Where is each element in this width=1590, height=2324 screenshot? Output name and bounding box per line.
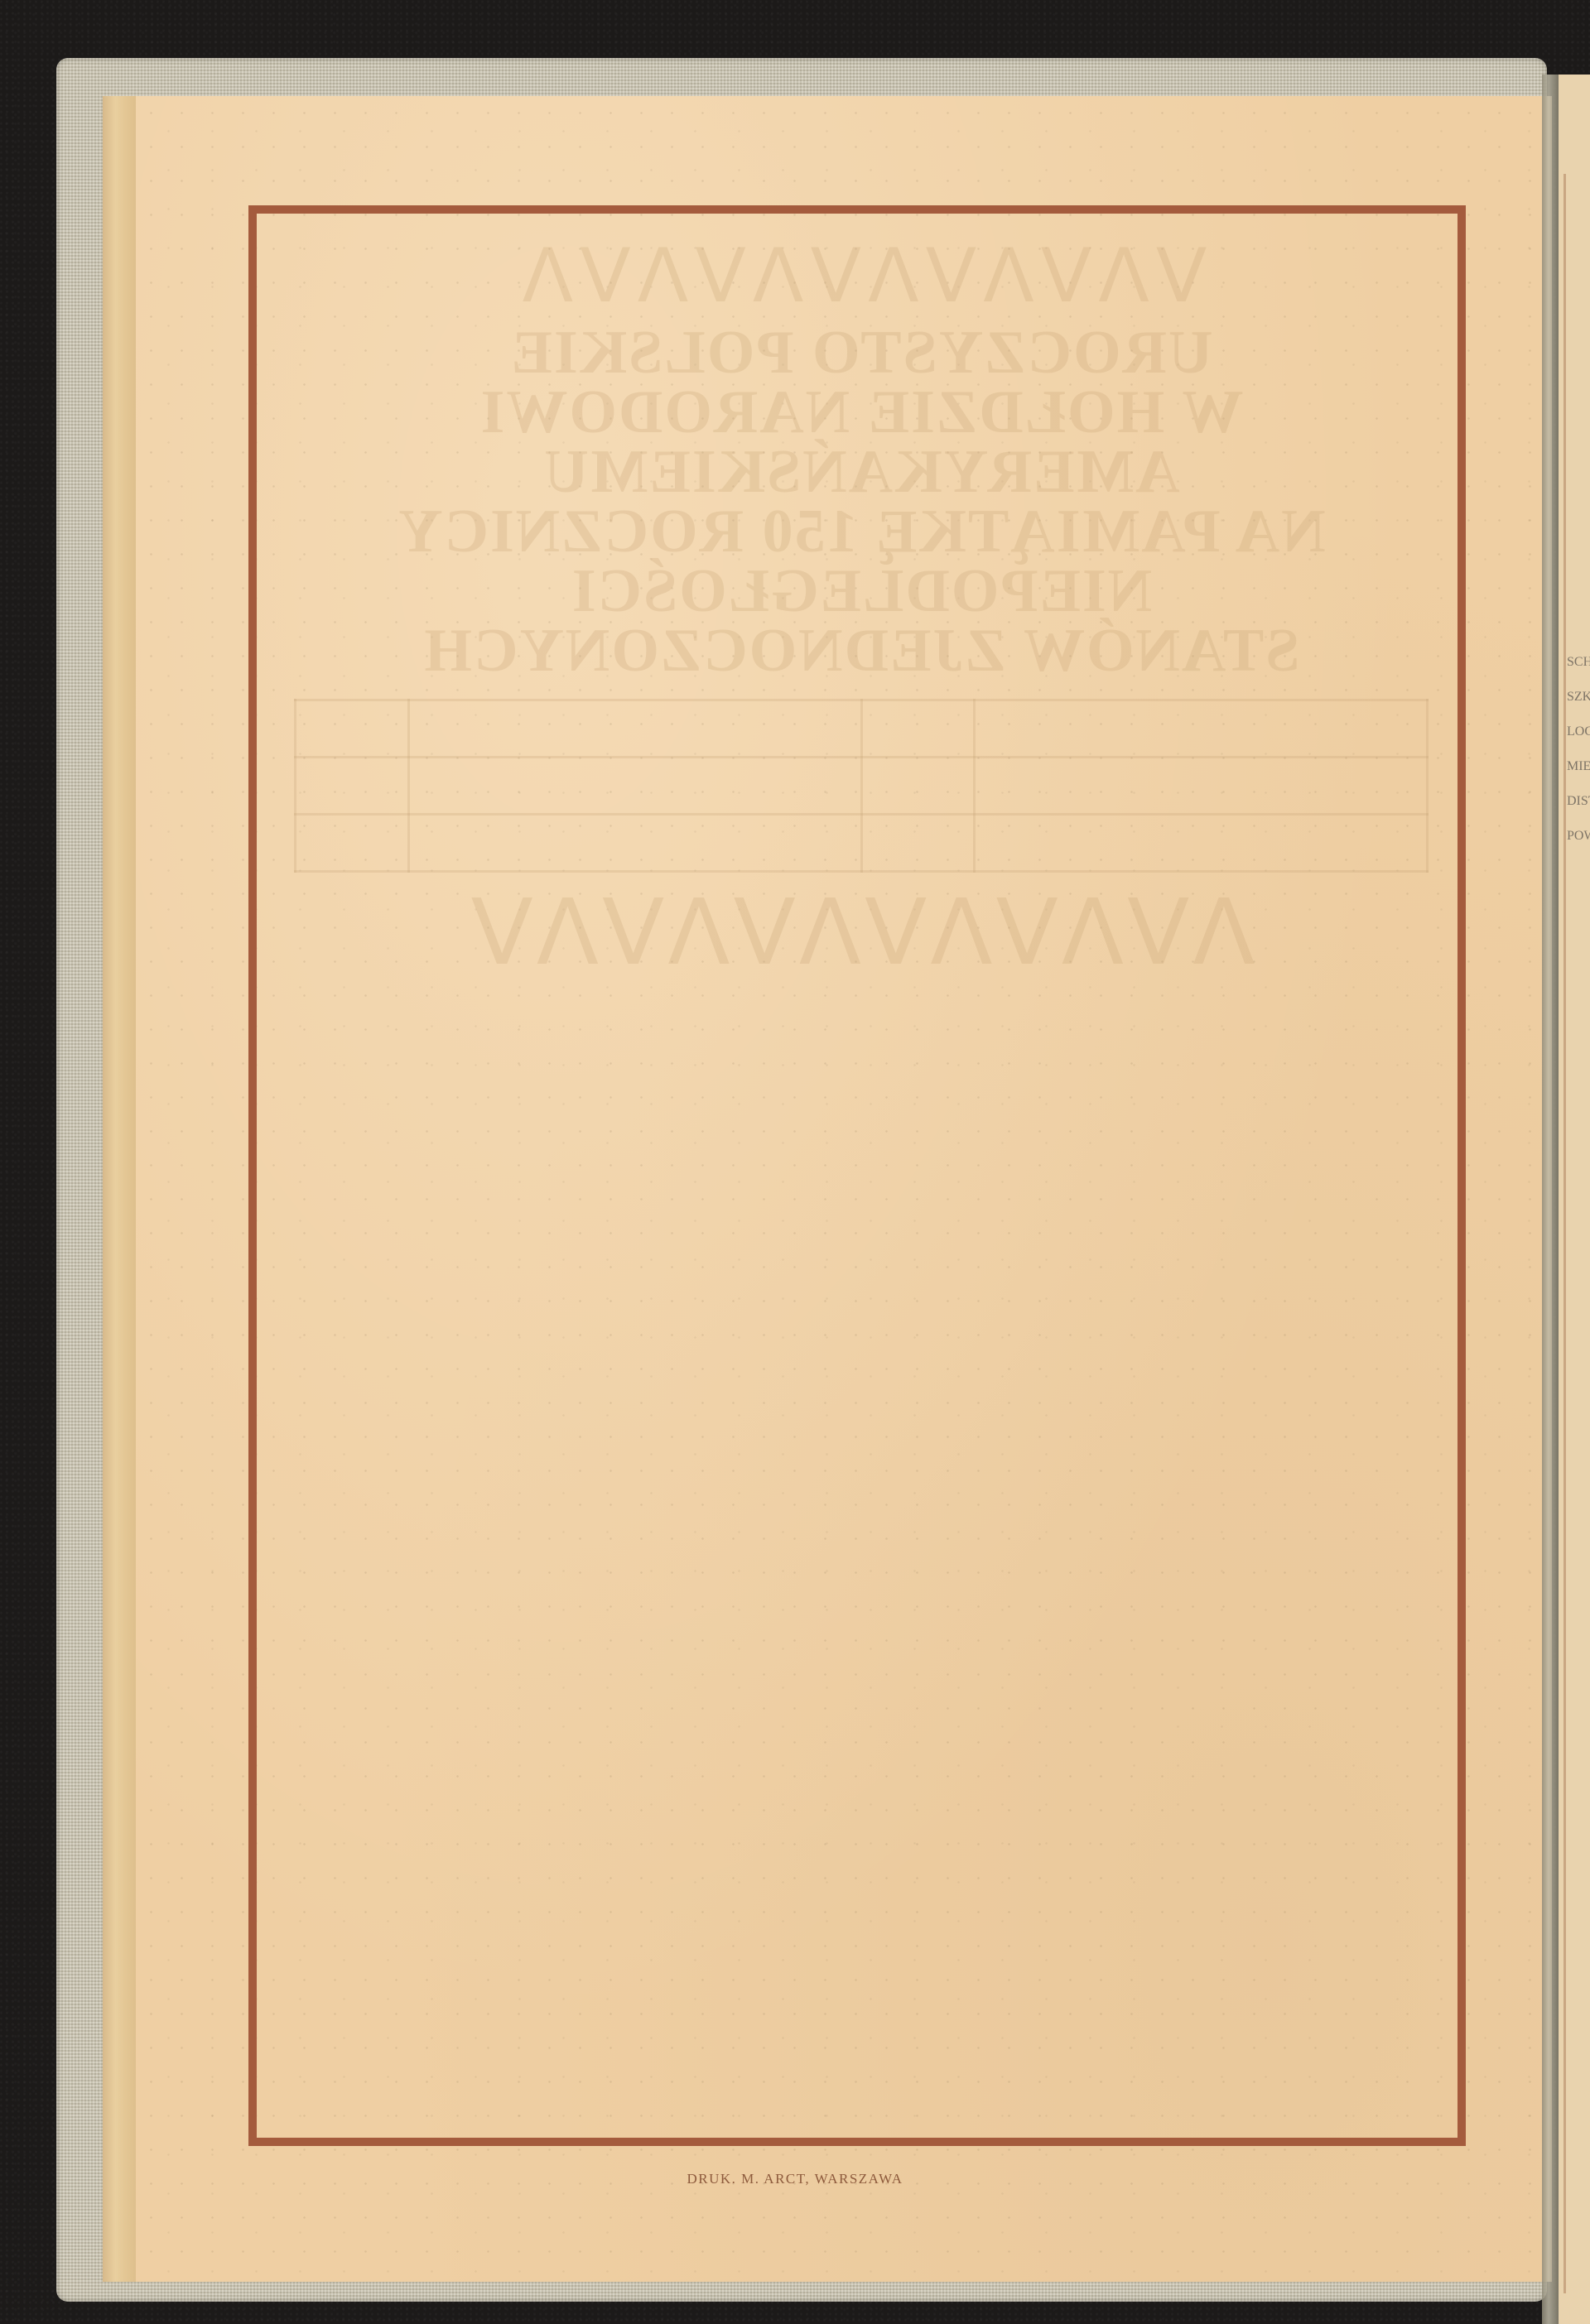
book-gutter: [1542, 75, 1559, 2324]
facing-label: MIEJ: [1567, 758, 1590, 775]
page-edges: [103, 96, 139, 2282]
facing-page-labels: SCHO SZKO LOGA MIEJ DISTR POW: [1567, 654, 1590, 863]
facing-label: DISTR: [1567, 793, 1590, 810]
facing-label: SCHO: [1567, 654, 1590, 671]
facing-label: SZKO: [1567, 689, 1590, 705]
printer-imprint: DRUK. M. ARCT, WARSZAWA: [0, 2171, 1590, 2187]
facing-label: LOGA: [1567, 724, 1590, 740]
facing-page-frame: [1563, 174, 1590, 2293]
facing-page-edge: SCHO SZKO LOGA MIEJ DISTR POW: [1559, 75, 1590, 2324]
facing-label: POW: [1567, 828, 1590, 844]
